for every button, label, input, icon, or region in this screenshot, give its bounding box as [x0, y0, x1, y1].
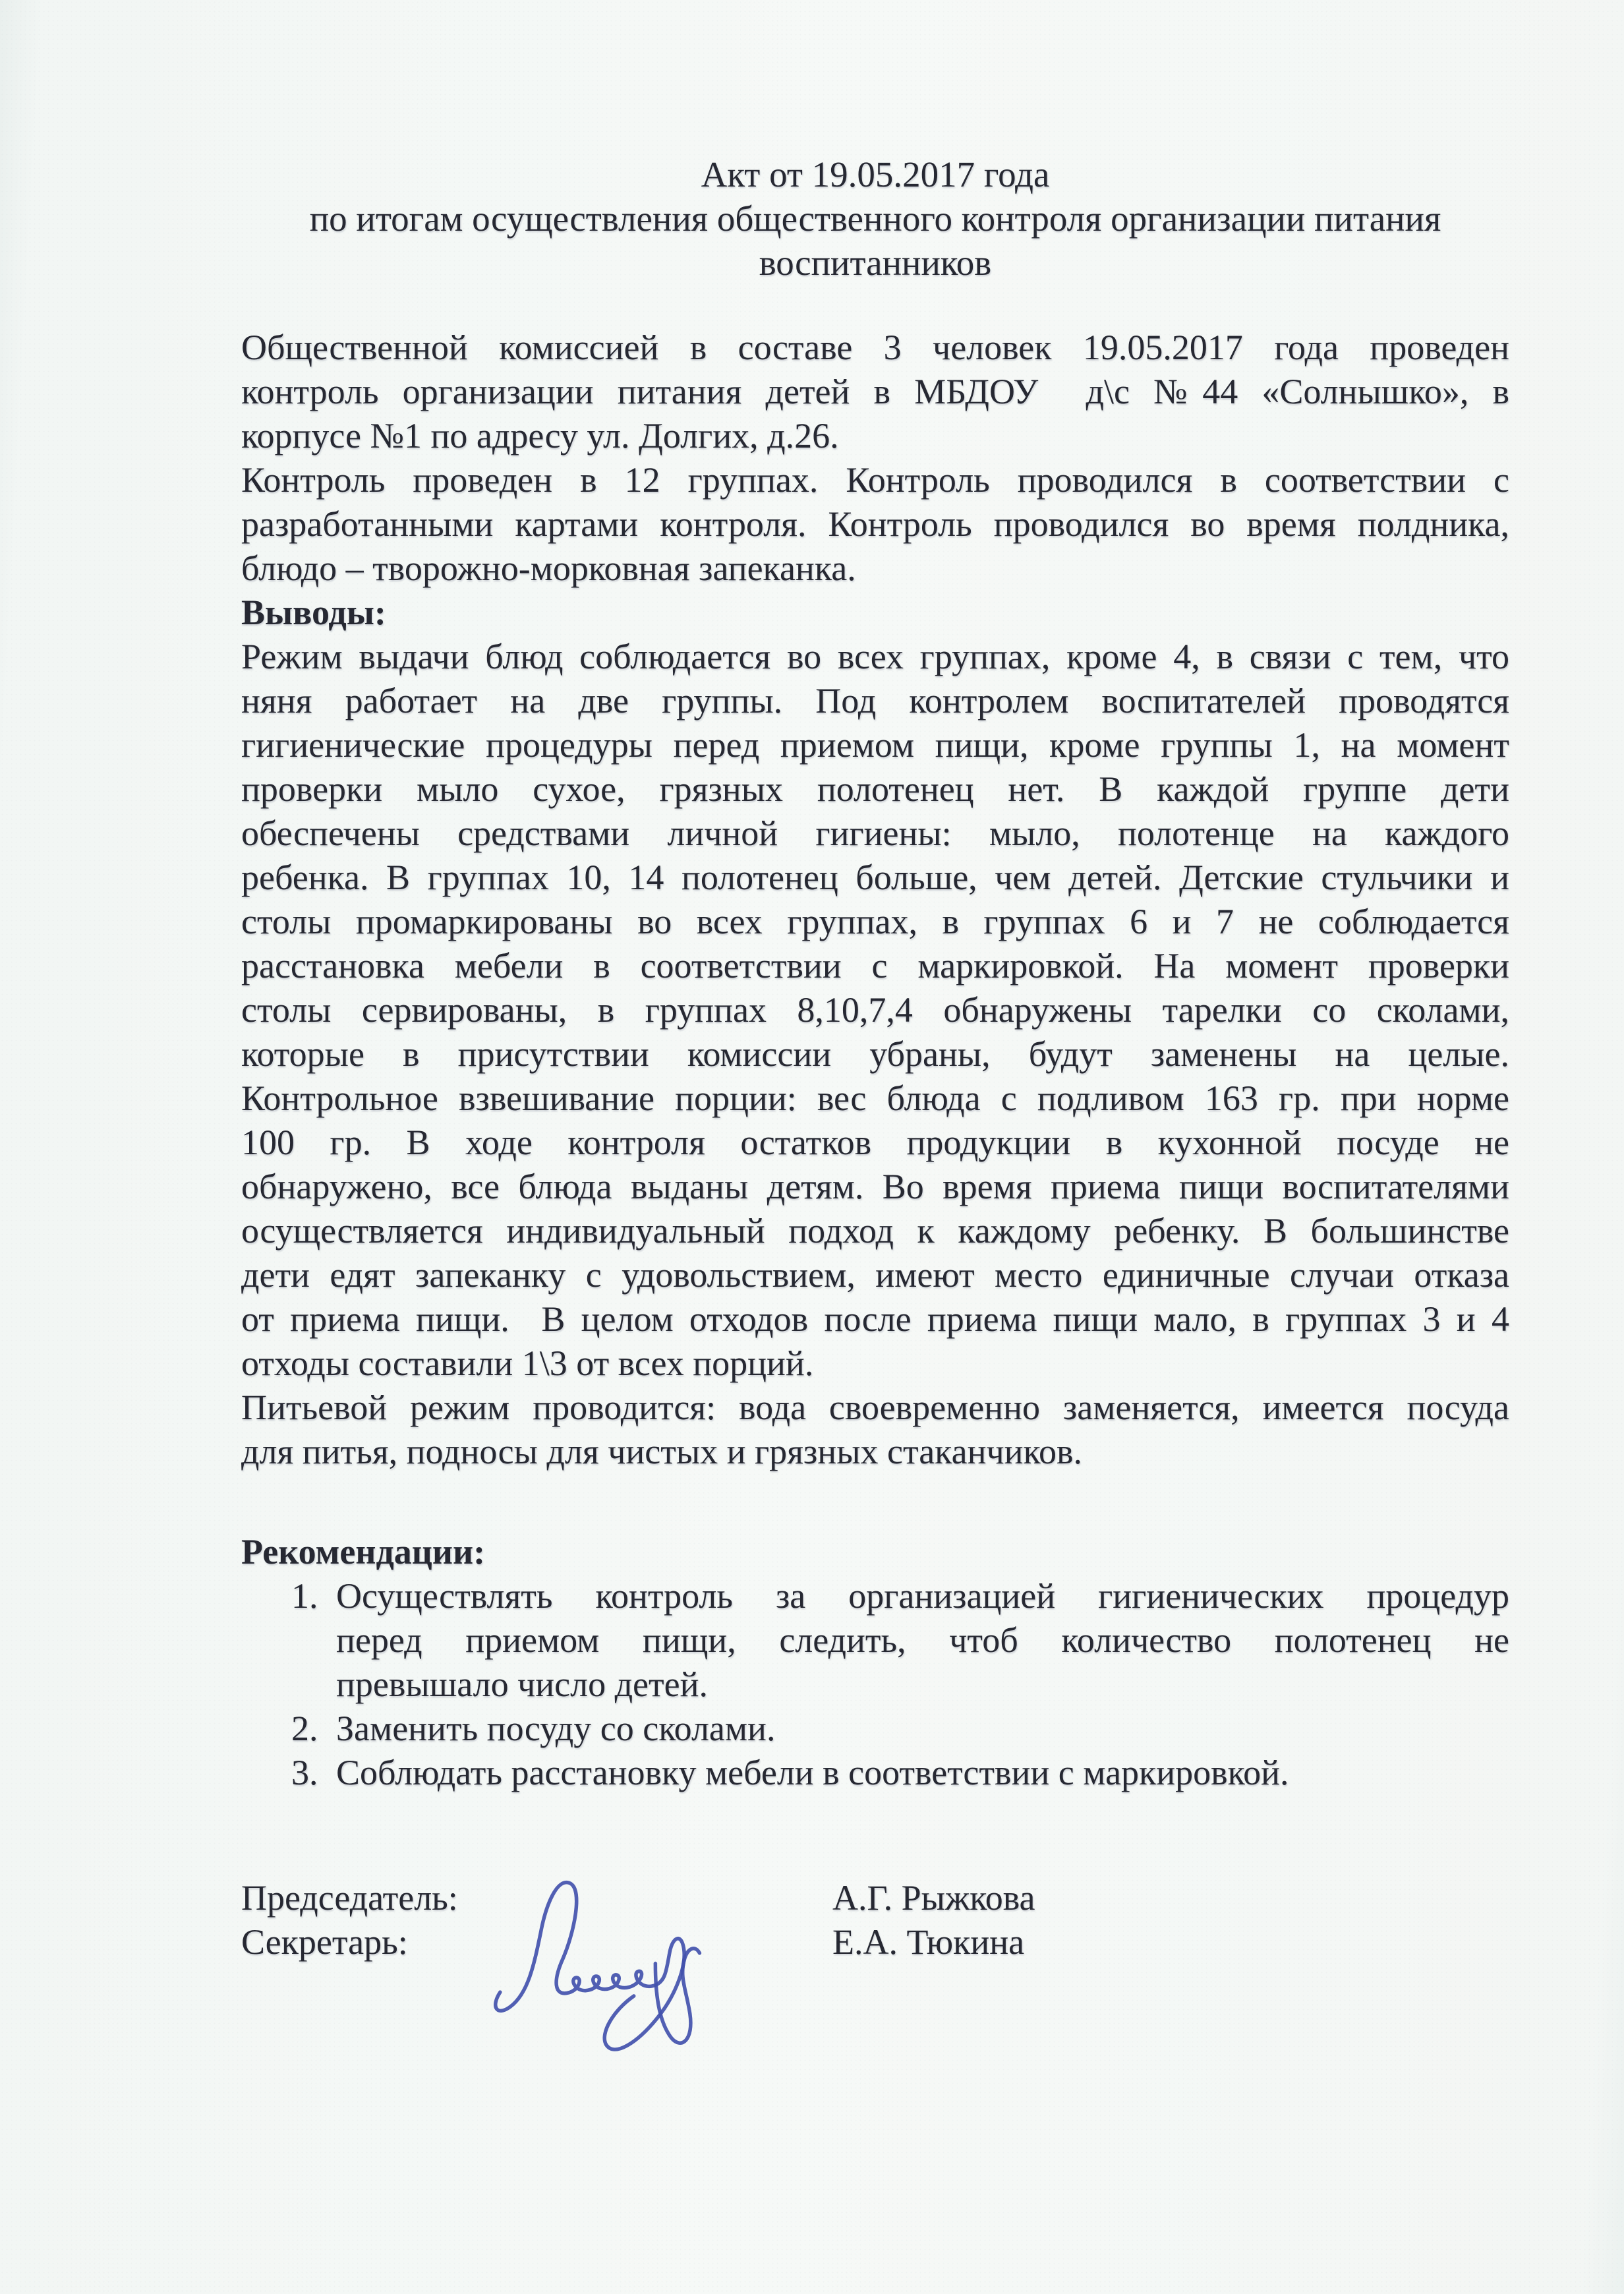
list-item-number: 3.: [291, 1751, 336, 1795]
text-line: Контрольное взвешивание порции: вес блюд…: [241, 1076, 1509, 1121]
signature-stroke: [487, 1875, 690, 2058]
text-line: Режим выдачи блюд соблюдается во всех гр…: [241, 635, 1509, 679]
text-line: Заменить посуду со сколами.: [336, 1707, 1509, 1751]
text-line: дети едят запеканку с удовольствием, име…: [241, 1253, 1509, 1297]
list-item: 1.Осуществлять контроль за организацией …: [241, 1574, 1509, 1707]
text-line: столы промаркированы во всех группах, в …: [241, 900, 1509, 944]
text-line: обнаружено, все блюда выданы детям. Во в…: [241, 1165, 1509, 1209]
text-line: Питьевой режим проводится: вода своеврем…: [241, 1386, 1509, 1430]
text-line: Осуществлять контроль за организацией ги…: [336, 1574, 1509, 1618]
signature-block: Председатель:А.Г. РыжковаСекретарь:Е.А. …: [241, 1876, 1509, 1964]
text-line: ребенка. В группах 10, 14 полотенец боль…: [241, 856, 1509, 900]
document-body: Общественной комиссией в составе 3 челов…: [241, 326, 1509, 1795]
list-item-number: 2.: [291, 1707, 336, 1751]
title-line: воспитанников: [241, 241, 1509, 285]
signature-stroke: [654, 1948, 706, 2044]
text-line: от приема пищи. В целом отходов после пр…: [241, 1297, 1509, 1341]
text-line: столы сервированы, в группах 8,10,7,4 об…: [241, 988, 1509, 1032]
list-item-text: Заменить посуду со сколами.: [336, 1707, 1509, 1751]
text-line: гигиенические процедуры перед приемом пи…: [241, 723, 1509, 767]
paragraph: Общественной комиссией в составе 3 челов…: [241, 326, 1509, 458]
text-line: которые в присутствии комиссии убраны, б…: [241, 1032, 1509, 1076]
text-line: осуществляется индивидуальный подход к к…: [241, 1209, 1509, 1253]
text-line: расстановка мебели в соответствии с марк…: [241, 944, 1509, 988]
text-line: Контроль проведен в 12 группах. Контроль…: [241, 458, 1509, 502]
text-line: обеспечены средствами личной гигиены: мы…: [241, 811, 1509, 856]
section-heading: Выводы:: [241, 591, 1509, 635]
text-line: няня работает на две группы. Под контрол…: [241, 679, 1509, 723]
signature-name: Е.А. Тюкина: [832, 1920, 1509, 1964]
signature-name: А.Г. Рыжкова: [832, 1876, 1509, 1920]
text-line: проверки мыло сухое, грязных полотенец н…: [241, 767, 1509, 811]
text-line: блюдо – творожно-морковная запеканка.: [241, 546, 1509, 591]
text-line: отходы составили 1\3 от всех порций.: [241, 1341, 1509, 1386]
text-line: превышало число детей.: [336, 1662, 1509, 1707]
signature-row: Секретарь:Е.А. Тюкина: [241, 1920, 1509, 1964]
section-heading: Рекомендации:: [241, 1530, 1509, 1574]
list-item-text: Соблюдать расстановку мебели в соответст…: [336, 1751, 1509, 1795]
list-item-text: Осуществлять контроль за организацией ги…: [336, 1574, 1509, 1707]
title-line: по итогам осуществления общественного ко…: [241, 196, 1509, 241]
handwritten-signature-icon: [472, 1854, 736, 2069]
title-line: Акт от 19.05.2017 года: [241, 152, 1509, 196]
text-line: для питья, подносы для чистых и грязных …: [241, 1430, 1509, 1474]
text-line: Соблюдать расстановку мебели в соответст…: [336, 1751, 1509, 1795]
signature-row: Председатель:А.Г. Рыжкова: [241, 1876, 1509, 1920]
list-item: 2.Заменить посуду со сколами.: [241, 1707, 1509, 1751]
text-line: 100 гр. В ходе контроля остатков продукц…: [241, 1121, 1509, 1165]
document-title: Акт от 19.05.2017 годапо итогам осуществ…: [241, 152, 1509, 285]
text-line: Общественной комиссией в составе 3 челов…: [241, 326, 1509, 370]
text-line: разработанными картами контроля. Контрол…: [241, 502, 1509, 546]
text-line: перед приемом пищи, следить, чтоб количе…: [336, 1618, 1509, 1662]
scanned-document-page: Акт от 19.05.2017 годапо итогам осуществ…: [0, 0, 1624, 2294]
paragraph: Питьевой режим проводится: вода своеврем…: [241, 1386, 1509, 1474]
paragraph: Контроль проведен в 12 группах. Контроль…: [241, 458, 1509, 591]
recommendations-list: 1.Осуществлять контроль за организацией …: [241, 1574, 1509, 1795]
paragraph: Режим выдачи блюд соблюдается во всех гр…: [241, 635, 1509, 1386]
text-line: корпусе №1 по адресу ул. Долгих, д.26.: [241, 414, 1509, 458]
text-line: контроль организации питания детей в МБД…: [241, 370, 1509, 414]
list-item: 3.Соблюдать расстановку мебели в соответ…: [241, 1751, 1509, 1795]
list-item-number: 1.: [291, 1574, 336, 1707]
